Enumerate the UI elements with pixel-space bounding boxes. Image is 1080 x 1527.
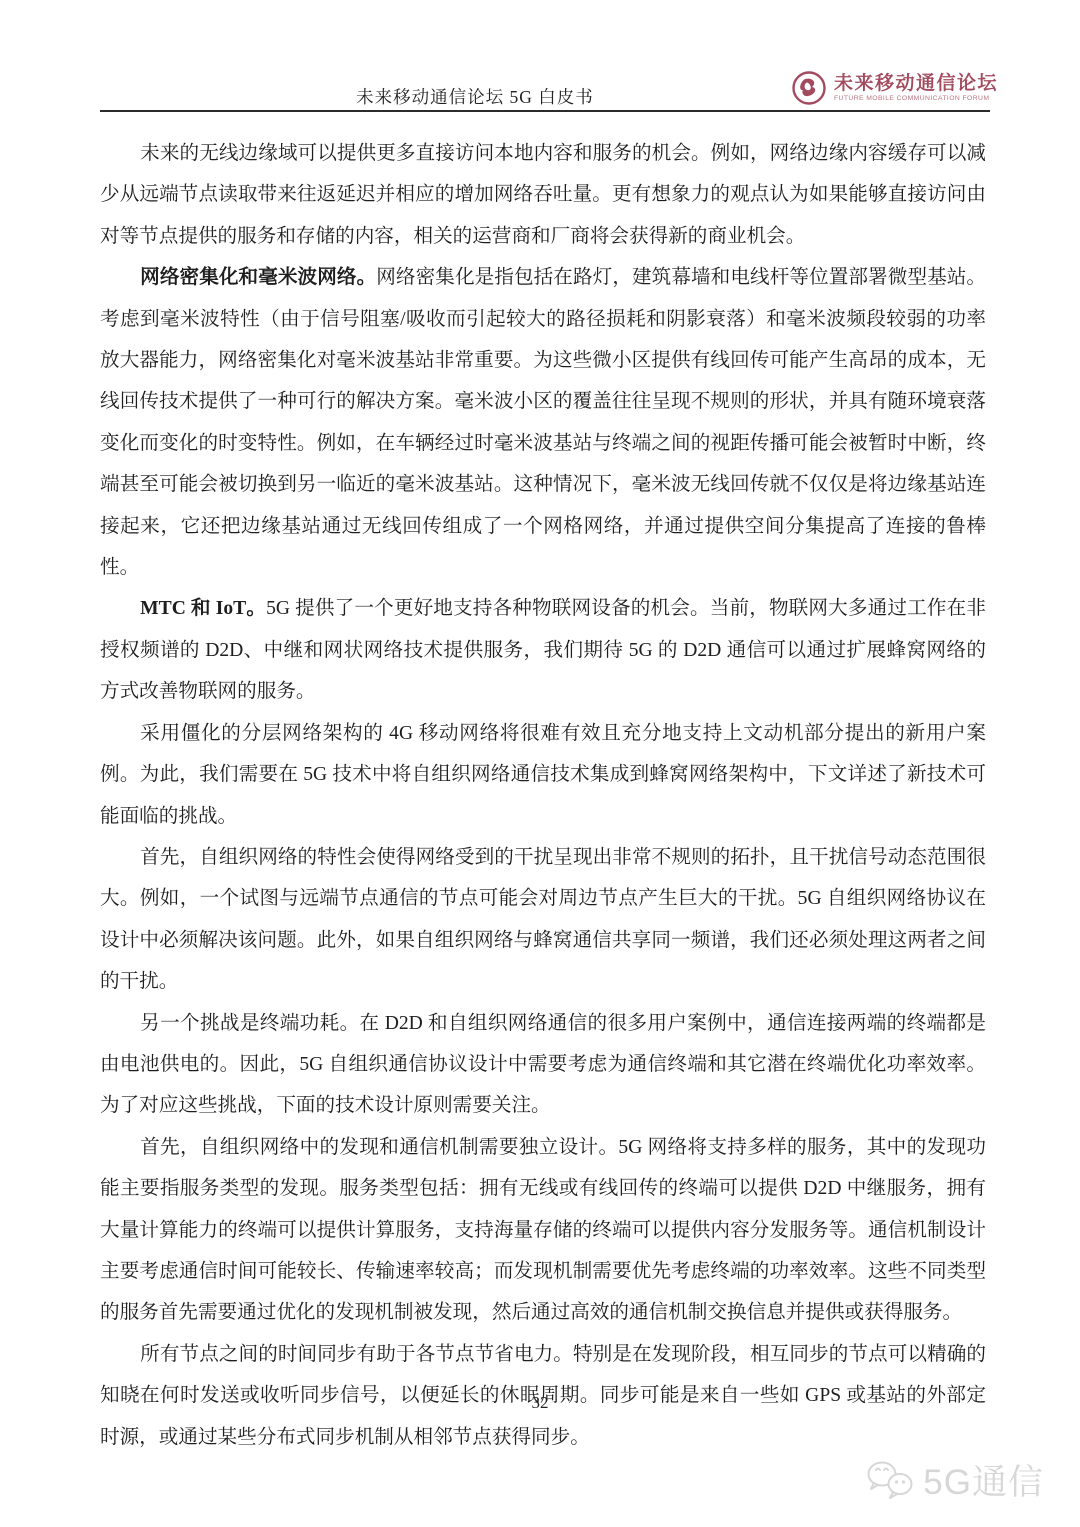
page-number: 32 [0,1393,1080,1413]
header-divider-line [100,110,990,112]
forum-logo-name-cn: 未来移动通信论坛 [834,74,998,93]
watermark-label: 5G通信 [923,1455,1044,1505]
paragraph: 采用僵化的分层网络架构的 4G 移动网络将很难有效且充分地支持上文动机部分提出的… [100,713,986,837]
paragraph: 首先，自组织网络中的发现和通信机制需要独立设计。5G 网络将支持多样的服务，其中… [100,1127,986,1334]
paragraph: MTC 和 IoT。5G 提供了一个更好地支持各种物联网设备的机会。当前，物联网… [100,588,986,712]
forum-logo: 未来移动通信论坛 FUTURE MOBILE COMMUNICATION FOR… [791,70,998,106]
watermark: 5G通信 [865,1455,1044,1505]
forum-logo-icon [791,70,827,106]
document-body: 未来的无线边缘域可以提供更多直接访问本地内容和服务的机会。例如，网络边缘内容缓存… [100,133,986,1458]
paragraph-lead: 网络密集化和毫米波网络。 [140,267,376,288]
paragraph: 首先，自组织网络的特性会使得网络受到的干扰呈现出非常不规则的拓扑，且干扰信号动态… [100,837,986,1003]
forum-logo-name-en: FUTURE MOBILE COMMUNICATION FORUM [834,96,998,103]
document-page: 未来移动通信论坛 5G 白皮书 未来移动通信论坛 FUTURE MOBILE C… [0,0,1080,1527]
paragraph: 未来的无线边缘域可以提供更多直接访问本地内容和服务的机会。例如，网络边缘内容缓存… [100,133,986,257]
wechat-icon [865,1458,917,1502]
forum-logo-text: 未来移动通信论坛 FUTURE MOBILE COMMUNICATION FOR… [834,74,998,103]
paragraph-lead: MTC 和 IoT。 [140,598,266,619]
paragraph: 网络密集化和毫米波网络。网络密集化是指包括在路灯，建筑幕墙和电线杆等位置部署微型… [100,257,986,588]
paragraph: 另一个挑战是终端功耗。在 D2D 和自组织网络通信的很多用户案例中，通信连接两端… [100,1003,986,1127]
